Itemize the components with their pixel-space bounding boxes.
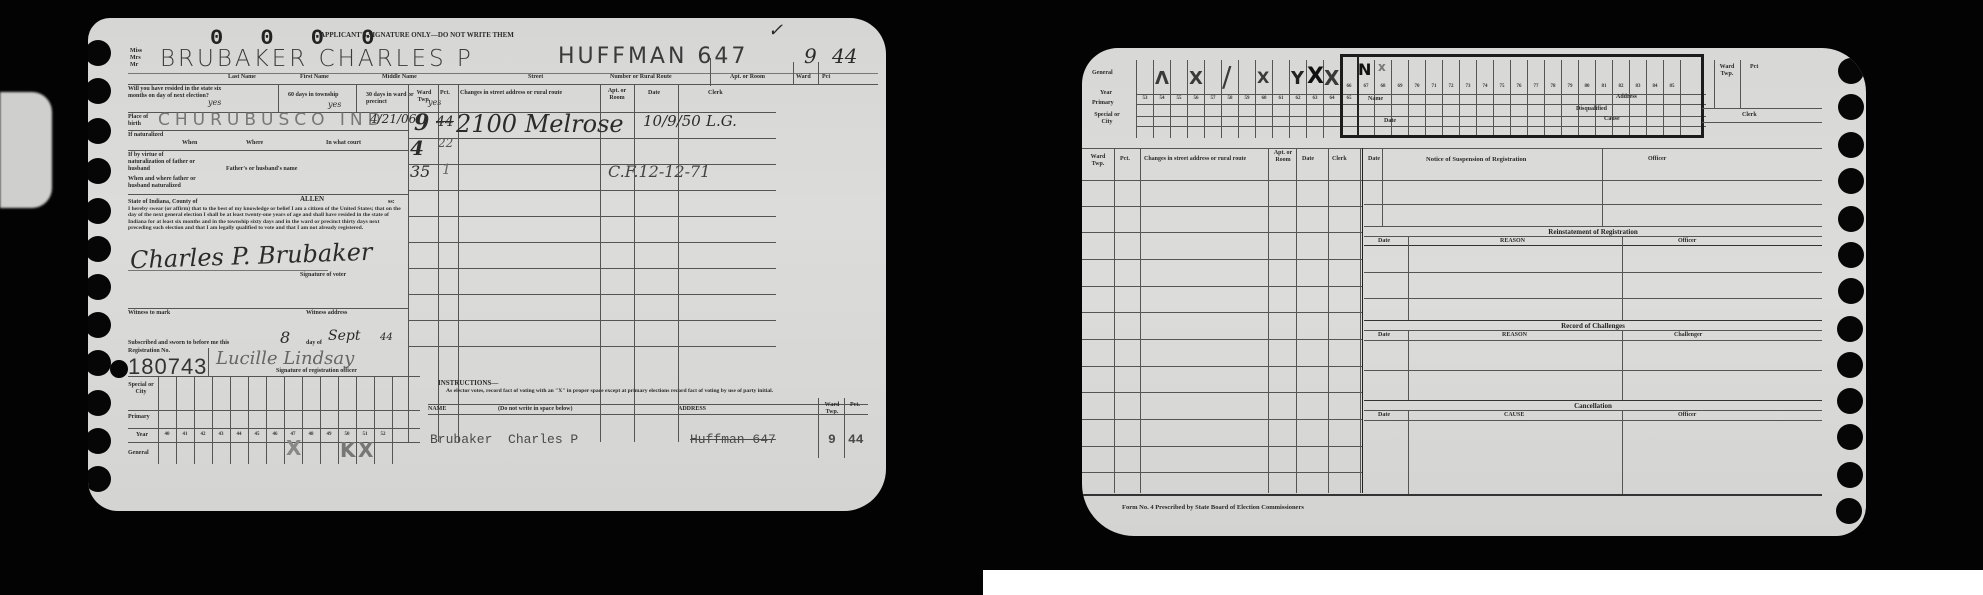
vote-mark: X xyxy=(1307,64,1324,89)
col-changes: Changes in street address or rural route xyxy=(460,90,598,97)
col-changes: Changes in street address or rural route xyxy=(1144,156,1262,163)
grid-label-year: Year xyxy=(136,432,148,439)
label-clerk: Clerk xyxy=(1742,112,1757,119)
punch-hole xyxy=(88,312,111,338)
grid-label-special: Special or City xyxy=(1092,112,1122,126)
year-cell: 64 xyxy=(1326,96,1338,101)
label-father-name: Father's or husband's name xyxy=(226,166,297,173)
punch-hole xyxy=(88,198,111,224)
label-middle-name: Middle Name xyxy=(382,74,417,81)
year-cell: 63 xyxy=(1309,96,1321,101)
change-row-address: 2100 Melrose xyxy=(456,110,624,138)
vote-mark: x xyxy=(1378,60,1386,74)
label-witness-address: Witness address xyxy=(306,310,347,317)
label-pct: Pct xyxy=(1750,64,1758,71)
label-witness: Witness to mark xyxy=(128,310,170,317)
punch-hole-small xyxy=(110,360,128,378)
year-cell: 48 xyxy=(305,432,317,437)
year-cell: 52 xyxy=(377,432,389,437)
place-of-birth: CHURUBUSCO IND xyxy=(158,110,386,130)
label-place-of-birth: Place of birth xyxy=(128,114,152,128)
vote-mark: / xyxy=(1222,60,1231,93)
grid-label-special: Special or City xyxy=(128,382,154,396)
year-cell: 56 xyxy=(1190,96,1202,101)
label-last-name: Last Name xyxy=(228,74,256,81)
year-cell: 58 xyxy=(1224,96,1236,101)
year-cell: 84 xyxy=(1649,84,1661,89)
year-cell: 59 xyxy=(1241,96,1253,101)
col-challenger: Challenger xyxy=(1674,332,1702,339)
grid-label-year: Year xyxy=(1100,90,1112,97)
year-cell: 82 xyxy=(1615,84,1627,89)
punch-hole xyxy=(88,236,111,262)
vote-mark: X xyxy=(1257,68,1269,87)
grid-label-general: General xyxy=(128,450,149,457)
year-cell: 71 xyxy=(1428,84,1440,89)
year-cell: 66 xyxy=(1343,84,1355,89)
year-cell: 69 xyxy=(1394,84,1406,89)
punch-hole xyxy=(88,274,111,300)
change-row-pct: 22 xyxy=(438,136,453,150)
col-suspension-notice: Notice of Suspension of Registration xyxy=(1426,156,1526,163)
vote-mark: X xyxy=(358,438,373,462)
voter-address: HUFFMAN 647 xyxy=(558,44,748,69)
oath-state-line: State of Indiana, County of xyxy=(128,199,198,206)
voter-signature: Charles P. Brubaker xyxy=(130,238,373,274)
vote-mark: X xyxy=(286,436,301,460)
typed-voter-name: Brubaker Charles P xyxy=(430,432,578,447)
col-suspension-officer: Officer xyxy=(1648,156,1666,163)
label-day-of: day of xyxy=(306,340,322,347)
change-row-clerk: C.F.12-12-71 xyxy=(608,162,710,181)
adjacent-card-edge xyxy=(0,92,52,208)
grid-label-general: General xyxy=(1092,70,1113,77)
col-pct: Pct. xyxy=(440,90,450,97)
year-cell: 45 xyxy=(251,432,263,437)
label-disqualified: Disqualified xyxy=(1576,106,1607,113)
birth-date: 4/21/06 xyxy=(370,112,416,126)
vote-mark: X xyxy=(1324,66,1339,90)
label-apt: Apt. or Room xyxy=(730,74,765,81)
year-cell: 70 xyxy=(1411,84,1423,89)
label-first-name: First Name xyxy=(300,74,329,81)
year-cell: 80 xyxy=(1581,84,1593,89)
highlight-box xyxy=(1340,54,1704,138)
change-row-ward: 9 xyxy=(414,110,429,136)
typed-ward: 9 xyxy=(828,432,836,447)
punch-hole xyxy=(1838,242,1864,268)
year-cell: 76 xyxy=(1513,84,1525,89)
vote-mark: Y xyxy=(1291,68,1304,89)
grid-label-primary: Primary xyxy=(1092,100,1114,107)
year-cell: 51 xyxy=(359,432,371,437)
front-voting-grid: 40 41 42 43 44 45 46 47 48 49 50 51 52 X… xyxy=(158,376,420,464)
label-where: Where xyxy=(246,140,263,147)
year-cell: 83 xyxy=(1632,84,1644,89)
question-state-residency: Will you have resided in the state six m… xyxy=(128,86,238,100)
typed-pct: 44 xyxy=(848,432,864,447)
label-number: Number or Rural Route xyxy=(610,74,672,81)
col-reinstatement-reason: REASON xyxy=(1500,238,1525,245)
punch-hole xyxy=(1837,462,1863,488)
punch-hole xyxy=(1837,424,1863,450)
punch-hole xyxy=(88,158,111,184)
punch-hole xyxy=(88,78,111,104)
col-cancellation-date: Date xyxy=(1378,412,1390,419)
registration-card-back: General Year Primary Special or City xyxy=(1082,48,1866,536)
punch-hole xyxy=(88,350,111,376)
punch-hole xyxy=(1836,498,1862,524)
punch-hole xyxy=(88,118,111,144)
punch-hole xyxy=(1838,168,1864,194)
col-reinstatement-officer: Officer xyxy=(1678,238,1696,245)
scan-margin xyxy=(983,570,1983,595)
label-address: Address xyxy=(1616,94,1637,101)
punch-hole xyxy=(1838,58,1864,84)
change-row-ward: 35 xyxy=(410,162,430,181)
year-cell: 73 xyxy=(1462,84,1474,89)
punch-hole xyxy=(1837,388,1863,414)
registration-card-front: 0 0 0 0 APPLICANT'S SIGNATURE ONLY—DO NO… xyxy=(88,18,886,511)
year-cell: 46 xyxy=(269,432,281,437)
sworn-month: Sept xyxy=(328,328,360,344)
header-instruction: APPLICANT'S SIGNATURE ONLY—DO NOT WRITE … xyxy=(320,32,514,39)
year-cell: 77 xyxy=(1530,84,1542,89)
label-pct: Pct xyxy=(822,74,830,81)
year-cell: 57 xyxy=(1207,96,1219,101)
col-date: Date xyxy=(1302,156,1314,163)
year-cell: 55 xyxy=(1173,96,1185,101)
col-clerk: Clerk xyxy=(1332,156,1347,163)
instructions-text: As elector votes, record fact of voting … xyxy=(446,388,786,394)
year-cell: 72 xyxy=(1445,84,1457,89)
label-date: Date xyxy=(1384,118,1396,125)
vote-mark: K xyxy=(340,438,356,462)
year-cell: 78 xyxy=(1547,84,1559,89)
label-do-not-write: (Do not write in space below) xyxy=(498,406,573,413)
col-ward: Ward Twp. xyxy=(412,90,436,104)
section-reinstatement-title: Reinstatement of Registration xyxy=(1364,228,1822,236)
ward-value: 9 xyxy=(804,44,817,68)
back-voting-grid: 53 54 55 56 57 58 59 60 61 62 63 64 65 6… xyxy=(1136,56,1706,136)
col-ward: Ward Twp. xyxy=(1086,154,1110,168)
year-cell: 62 xyxy=(1292,96,1304,101)
punch-hole xyxy=(1838,94,1864,120)
vote-mark: X xyxy=(1189,68,1203,89)
col-clerk: Clerk xyxy=(708,90,723,97)
year-cell: 43 xyxy=(215,432,227,437)
col-date: Date xyxy=(648,90,660,97)
year-cell: 44 xyxy=(233,432,245,437)
year-cell: 40 xyxy=(161,432,173,437)
col-cancellation-officer: Officer xyxy=(1678,412,1696,419)
change-row-pct: 44 xyxy=(436,114,454,130)
section-cancellation-title: Cancellation xyxy=(1364,402,1822,410)
punch-hole xyxy=(1837,352,1863,378)
year-cell: 53 xyxy=(1139,96,1151,101)
year-cell: 49 xyxy=(323,432,335,437)
label-when: When xyxy=(182,140,197,147)
sworn-year: 44 xyxy=(380,332,393,343)
label-officer-signature: Signature of registration officer xyxy=(276,368,357,375)
col-pct: Pct. xyxy=(1120,156,1130,163)
label-footer-pct: Pct. xyxy=(850,402,860,409)
label-cause: Cause xyxy=(1604,116,1620,123)
label-court: In what court xyxy=(326,140,361,147)
col-challenge-date: Date xyxy=(1378,332,1390,339)
year-cell: 67 xyxy=(1360,84,1372,89)
sworn-day: 8 xyxy=(280,328,290,347)
label-name: Name xyxy=(1368,96,1383,103)
col-reinstatement-date: Date xyxy=(1378,238,1390,245)
voter-name: BRUBAKER CHARLES P xyxy=(160,46,474,72)
year-cell: 79 xyxy=(1564,84,1576,89)
label-address: ADDRESS xyxy=(678,406,706,413)
year-cell: 61 xyxy=(1275,96,1287,101)
label-naturalization-virtue: If by virtue of naturalization of father… xyxy=(128,152,196,173)
year-cell: 54 xyxy=(1156,96,1168,101)
answer-township: yes xyxy=(328,100,341,109)
change-row-pct: 1 xyxy=(442,162,451,178)
year-cell: 81 xyxy=(1598,84,1610,89)
pct-value: 44 xyxy=(832,44,857,68)
col-challenge-reason: REASON xyxy=(1502,332,1527,339)
form-footer: Form No. 4 Prescribed by State Board of … xyxy=(1122,504,1304,511)
change-row-date: 10/9/50 xyxy=(643,112,701,130)
col-cancellation-cause: CAUSE xyxy=(1504,412,1524,419)
oath-text: I hereby swear (or affirm) that to the b… xyxy=(128,206,404,232)
salutations: Miss Mrs Mr xyxy=(130,48,150,69)
question-township: 60 days in township xyxy=(288,92,340,99)
change-row-clerk: L.G. xyxy=(706,112,737,130)
punch-hole xyxy=(1838,132,1864,158)
label-name: NAME xyxy=(428,406,446,413)
punch-hole xyxy=(1838,278,1864,304)
col-suspension-date: Date xyxy=(1368,156,1380,163)
year-cell: 50 xyxy=(341,432,353,437)
grid-label-primary: Primary xyxy=(128,414,150,421)
year-cell: 41 xyxy=(179,432,191,437)
year-cell: 75 xyxy=(1496,84,1508,89)
year-cell: 74 xyxy=(1479,84,1491,89)
change-row-ward: 4 xyxy=(410,136,424,160)
label-father-naturalized: When and where father or husband natural… xyxy=(128,176,208,190)
oath-county: ALLEN xyxy=(300,196,324,203)
check-mark-icon: ✓ xyxy=(768,20,783,41)
col-apt: Apt. or Room xyxy=(1272,150,1294,164)
punch-hole xyxy=(1838,206,1864,232)
answer-state: yes xyxy=(208,98,221,107)
label-naturalized: If naturalized xyxy=(128,132,168,139)
label-ward: Ward xyxy=(796,74,811,81)
punch-hole xyxy=(1837,316,1863,342)
punch-hole xyxy=(88,390,111,416)
year-cell: 42 xyxy=(197,432,209,437)
year-cell: 65 xyxy=(1343,96,1355,101)
oath-ss: ss: xyxy=(388,199,395,206)
section-challenges-title: Record of Challenges xyxy=(1364,322,1822,330)
vote-mark: N xyxy=(1358,60,1371,79)
instructions-title: INSTRUCTIONS— xyxy=(438,380,498,387)
typed-voter-address: Huffman 647 xyxy=(690,432,776,447)
year-cell: 68 xyxy=(1377,84,1389,89)
label-ward: Ward Twp. xyxy=(1716,64,1738,78)
punch-hole xyxy=(88,466,111,492)
punch-hole xyxy=(88,428,111,454)
label-signature-of-voter: Signature of voter xyxy=(300,272,346,279)
year-cell: 85 xyxy=(1666,84,1678,89)
year-cell: 60 xyxy=(1258,96,1270,101)
officer-signature: Lucille Lindsay xyxy=(216,348,354,369)
col-apt: Apt. or Room xyxy=(602,88,632,102)
vote-mark: Λ xyxy=(1155,68,1169,89)
label-street: Street xyxy=(528,74,543,81)
label-sworn: Subscribed and sworn to before me this xyxy=(128,340,229,347)
punch-hole xyxy=(88,40,111,66)
